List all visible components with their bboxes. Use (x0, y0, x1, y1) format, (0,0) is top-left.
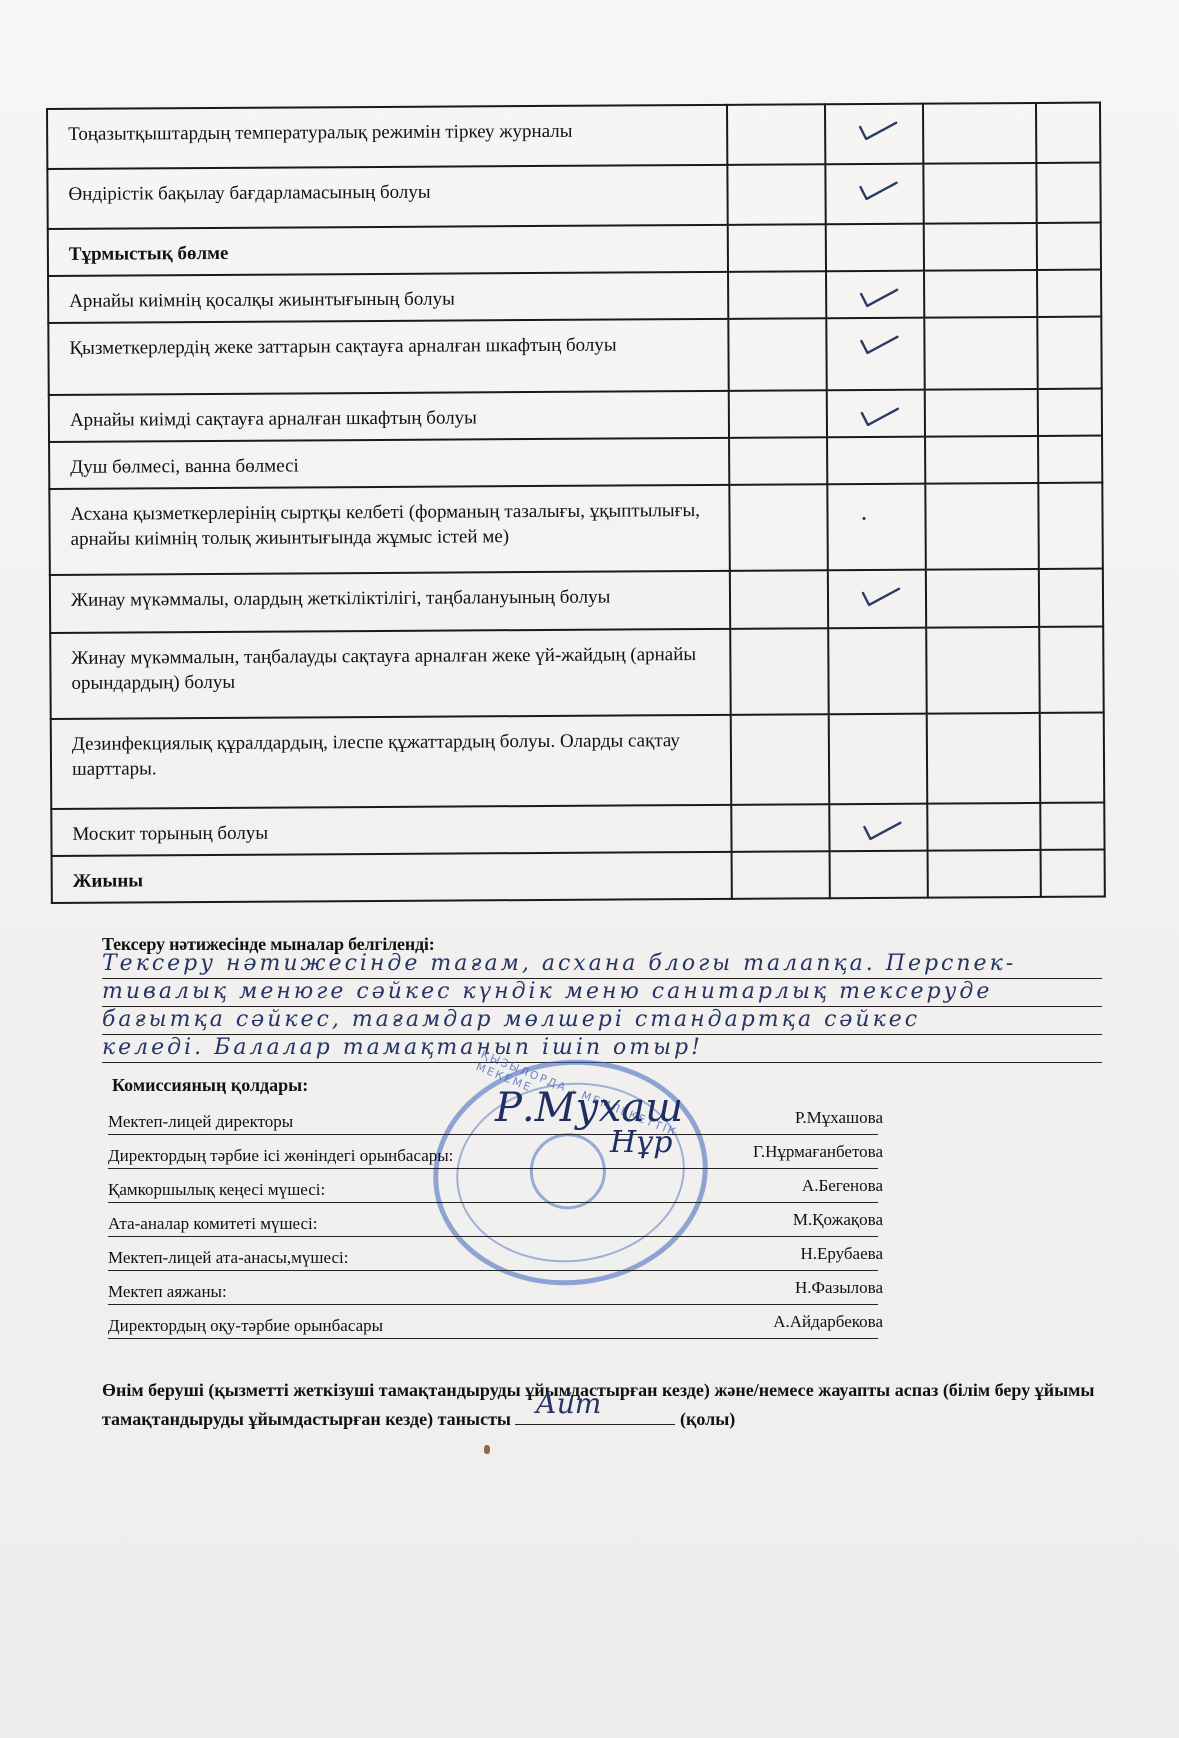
member-name: Г.Нұрмағанбетова (753, 1142, 883, 1162)
member-role: Мектеп-лицей директоры (108, 1112, 293, 1132)
checklist-item-label: Тоңазытқыштардың температуралық режимін … (47, 105, 727, 169)
document-page: Тоңазытқыштардың температуралық режимін … (0, 0, 1179, 1738)
checklist-cell-col1 (732, 851, 830, 899)
section-row: Жиыны (52, 850, 1105, 903)
member-name: А.Бегенова (802, 1176, 883, 1196)
checklist-cell-col1 (728, 318, 826, 391)
checklist-cell-col3 (928, 850, 1041, 898)
member-role: Ата-аналар комитеті мүшесі: (108, 1214, 318, 1234)
checklist-cell-col1 (728, 271, 826, 319)
checklist-item-label: Асхана қызметкерлерінің сыртқы келбеті (… (49, 485, 729, 575)
acknowledgement-signature: Айт (535, 1390, 601, 1418)
checklist-cell-col1 (730, 570, 828, 629)
member-role: Директордың тәрбие ісі жөніндегі орынбас… (108, 1146, 453, 1166)
commission-heading: Комиссияның қолдары: (112, 1075, 308, 1096)
checklist-item-label: Дезинфекциялық құралдардың, ілеспе құжат… (51, 715, 732, 809)
checklist-cell-col1 (730, 628, 829, 715)
deputy-signature: Нұр (610, 1125, 673, 1160)
signature-row: Ата-аналар комитеті мүшесі: М.Қожақова (108, 1210, 878, 1237)
checklist-cell-col1 (729, 484, 828, 571)
checklist-row: Жинау мүкәммалын, таңбалауды сақтауға ар… (50, 627, 1104, 719)
checklist-cell-col2 (828, 628, 927, 715)
checklist-cell-col2 (830, 851, 928, 899)
checkmark-icon (859, 585, 903, 609)
checklist-cell-col2 (827, 390, 925, 438)
checklist-cell-col2 (826, 271, 924, 319)
handwritten-line: келеді. Балалар тамақтанып ішіп отыр! (102, 1034, 1102, 1063)
checklist-cell-col4 (1037, 270, 1102, 317)
checklist-item-label: Тұрмыстық бөлме (48, 225, 728, 276)
checklist-cell-col1 (727, 164, 825, 225)
signature-row: Мектеп-лицей директоры Р.Мұхашова (108, 1108, 878, 1135)
inspection-checklist-table: Тоңазытқыштардың температуралық режимін … (46, 102, 1106, 904)
checklist-cell-col4 (1037, 317, 1102, 389)
member-name: Н.Фазылова (795, 1278, 883, 1298)
checklist-cell-col4 (1038, 569, 1103, 627)
checklist-cell-col4 (1040, 803, 1105, 850)
checklist-cell-col1 (728, 224, 826, 272)
signature-row: Қамкоршылық кеңесі мүшесі: А.Бегенова (108, 1176, 878, 1203)
member-role: Мектеп аяжаны: (108, 1282, 227, 1302)
checklist-item-label: Жинау мүкәммалы, олардың жеткіліктілігі,… (50, 571, 730, 633)
member-role: Директордың оқу-тәрбие орынбасары (108, 1316, 383, 1336)
checklist-cell-col3 (925, 389, 1038, 437)
checklist-cell-col4 (1039, 713, 1104, 803)
checklist-row: Душ бөлмесі, ванна бөлмесі (49, 436, 1102, 489)
acknowledgement-signature-line: Айт (515, 1404, 675, 1425)
checklist-cell-col1 (731, 804, 829, 852)
checkmark-icon (856, 179, 900, 203)
checklist-cell-col2 (826, 224, 924, 272)
checklist-cell-col3 (924, 270, 1037, 318)
checklist-cell-col3 (927, 713, 1040, 804)
checklist-row: Москит торының болуы (51, 803, 1104, 856)
checklist-item-label: Өндірістік бақылау бағдарламасының болуы (47, 165, 727, 229)
checklist-row: Дезинфекциялық құралдардың, ілеспе құжат… (51, 713, 1105, 809)
checklist-cell-col2 (827, 484, 926, 571)
checkmark-icon (857, 286, 901, 310)
checklist-item-label: Жинау мүкәммалын, таңбалауды сақтауға ар… (50, 629, 730, 719)
checklist-cell-col4 (1038, 483, 1103, 569)
checklist-cell-col2 (829, 714, 928, 805)
signature-row: Мектеп-лицей ата-анасы,мүшесі: Н.Ерубаев… (108, 1244, 878, 1271)
checklist-cell-col4 (1040, 850, 1105, 897)
checklist-cell-col3 (924, 223, 1037, 271)
member-name: А.Айдарбекова (773, 1312, 883, 1332)
checkmark-icon (860, 819, 904, 843)
signature-row: Директордың тәрбие ісі жөніндегі орынбас… (108, 1142, 878, 1169)
signature-caption: (қолы) (680, 1409, 735, 1429)
checklist-row: Асхана қызметкерлерінің сыртқы келбеті (… (49, 483, 1103, 575)
member-role: Мектеп-лицей ата-анасы,мүшесі: (108, 1248, 348, 1268)
checklist-cell-col3 (923, 103, 1036, 164)
checklist-item-label: Душ бөлмесі, ванна бөлмесі (49, 438, 729, 489)
checklist-cell-col4 (1037, 389, 1102, 436)
checklist-item-label: Жиыны (52, 852, 732, 903)
checklist-cell-col3 (926, 569, 1039, 628)
checklist-cell-col1 (729, 390, 827, 438)
checklist-cell-col4 (1036, 163, 1101, 223)
member-name: Р.Мұхашова (795, 1108, 883, 1128)
signature-row: Мектеп аяжаны: Н.Фазылова (108, 1278, 878, 1305)
checklist-cell-col4 (1036, 223, 1101, 270)
checklist-cell-col2 (826, 318, 924, 391)
checklist-row: Арнайы киімнің қосалқы жиынтығының болуы (48, 270, 1101, 323)
checklist-cell-col2 (825, 104, 923, 165)
checklist-item-label: Қызметкерлердің жеке заттарын сақтауға а… (48, 319, 728, 395)
checklist-cell-col3 (923, 163, 1036, 224)
checklist-item-label: Арнайы киімді сақтауға арналған шкафтың … (49, 391, 729, 442)
handwritten-line: бағытқа сәйкес, тағамдар мөлшері стандар… (102, 1006, 1102, 1035)
checklist-cell-col3 (924, 317, 1037, 390)
checklist-cell-col1 (729, 437, 827, 485)
checklist-row: Қызметкерлердің жеке заттарын сақтауға а… (48, 317, 1101, 395)
checklist-cell-col4 (1036, 103, 1101, 163)
checklist-cell-col2 (827, 437, 925, 485)
signature-row: Директордың оқу-тәрбие орынбасары А.Айда… (108, 1312, 878, 1339)
handwritten-line: тивалық менюге сәйкес күндік меню санита… (102, 978, 1102, 1007)
checkmark-icon (857, 333, 901, 357)
checkmark-icon (856, 119, 900, 143)
checklist-cell-col1 (727, 104, 825, 165)
checklist-cell-col4 (1038, 436, 1103, 483)
checklist-cell-col4 (1039, 627, 1104, 713)
checklist-cell-col1 (731, 714, 830, 805)
checklist-item-label: Москит торының болуы (51, 805, 731, 856)
pen-dot-mark (863, 517, 866, 520)
checklist-row: Жинау мүкәммалы, олардың жеткіліктілігі,… (50, 569, 1103, 633)
checklist-cell-col2 (829, 804, 927, 852)
member-role: Қамкоршылық кеңесі мүшесі: (108, 1180, 325, 1200)
member-name: М.Қожақова (793, 1210, 883, 1230)
checklist-item-label: Арнайы киімнің қосалқы жиынтығының болуы (48, 272, 728, 323)
checklist-cell-col3 (925, 483, 1038, 570)
paper-speck (484, 1445, 490, 1454)
checklist-row: Тоңазытқыштардың температуралық режимін … (47, 103, 1100, 169)
checklist-cell-col3 (926, 627, 1039, 714)
acknowledgement-statement: Өнім беруші (қызметті жеткізуші тамақтан… (102, 1376, 1122, 1433)
checklist-cell-col2 (828, 570, 926, 629)
checkmark-icon (858, 405, 902, 429)
checklist-row: Арнайы киімді сақтауға арналған шкафтың … (49, 389, 1102, 442)
checklist-row: Өндірістік бақылау бағдарламасының болуы (47, 163, 1100, 229)
checklist-cell-col3 (927, 803, 1040, 851)
section-row: Тұрмыстық бөлме (48, 223, 1101, 276)
handwritten-line: Тексеру нәтижесінде тағам, асхана блогы … (102, 950, 1102, 979)
checklist-cell-col2 (825, 164, 923, 225)
member-name: Н.Ерубаева (800, 1244, 883, 1264)
checklist-cell-col3 (925, 436, 1038, 484)
